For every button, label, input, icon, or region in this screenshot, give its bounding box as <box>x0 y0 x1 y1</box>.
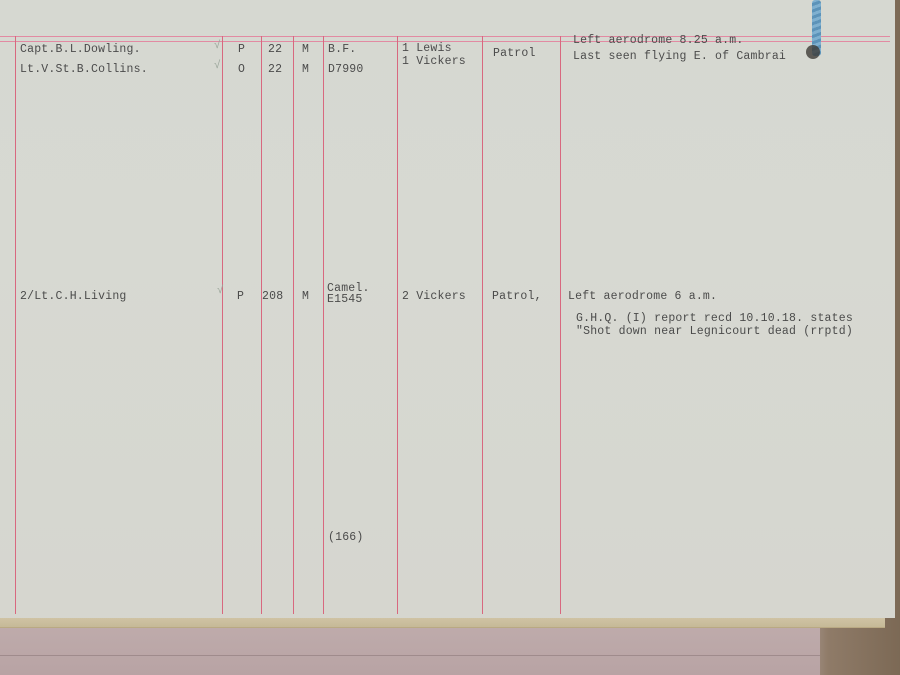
folio-number: (166) <box>328 531 364 545</box>
crew-name: Lt.V.St.B.Collins. <box>20 63 148 77</box>
column-rule-role <box>261 36 262 614</box>
check-mark: √ <box>214 40 221 52</box>
aircraft-serial: E1545 <box>327 293 363 307</box>
squadron-number: 22 <box>268 43 282 57</box>
header-rule-top <box>0 36 890 37</box>
type-code: M <box>302 43 309 57</box>
column-rule-armament <box>482 36 483 614</box>
remarks-line: Left aerodrome 8.25 a.m. <box>573 34 743 48</box>
duty: Patrol <box>493 47 536 61</box>
type-code: M <box>302 290 309 304</box>
column-rule-type <box>323 36 324 614</box>
column-rule-name <box>222 36 223 614</box>
column-rule-duty <box>560 36 561 614</box>
aircraft-serial: D7990 <box>328 63 364 77</box>
remarks-line: "Shot down near Legnicourt dead (rrptd) <box>576 325 853 339</box>
ledger-page: Capt.B.L.Dowling. √ P 22 M B.F. 1 Lewis … <box>0 0 895 618</box>
remarks-line: Left aerodrome 6 a.m. <box>568 290 717 304</box>
squadron-number: 22 <box>268 63 282 77</box>
crew-name: Capt.B.L.Dowling. <box>20 43 141 57</box>
column-rule-squadron <box>293 36 294 614</box>
remarks-line: G.H.Q. (I) report recd 10.10.18. states <box>576 312 853 326</box>
armament-line: 2 Vickers <box>402 290 466 304</box>
type-code: M <box>302 63 309 77</box>
armament-line: 1 Lewis <box>402 42 452 56</box>
check-mark: √ <box>217 285 224 297</box>
folder-crease <box>0 655 820 656</box>
duty: Patrol, <box>492 290 542 304</box>
armament-line: 1 Vickers <box>402 55 466 69</box>
check-mark: √ <box>214 60 221 72</box>
crew-role: P <box>237 290 244 304</box>
aircraft-type: B.F. <box>328 43 356 57</box>
crew-role: O <box>238 63 245 77</box>
binding-hole <box>806 45 820 59</box>
crew-role: P <box>238 43 245 57</box>
column-rule-aircraft <box>397 36 398 614</box>
remarks-line: Last seen flying E. of Cambrai <box>573 50 786 64</box>
crew-name: 2/Lt.C.H.Living <box>20 290 127 304</box>
squadron-number: 208 <box>262 290 283 304</box>
column-rule-margin <box>15 36 16 614</box>
